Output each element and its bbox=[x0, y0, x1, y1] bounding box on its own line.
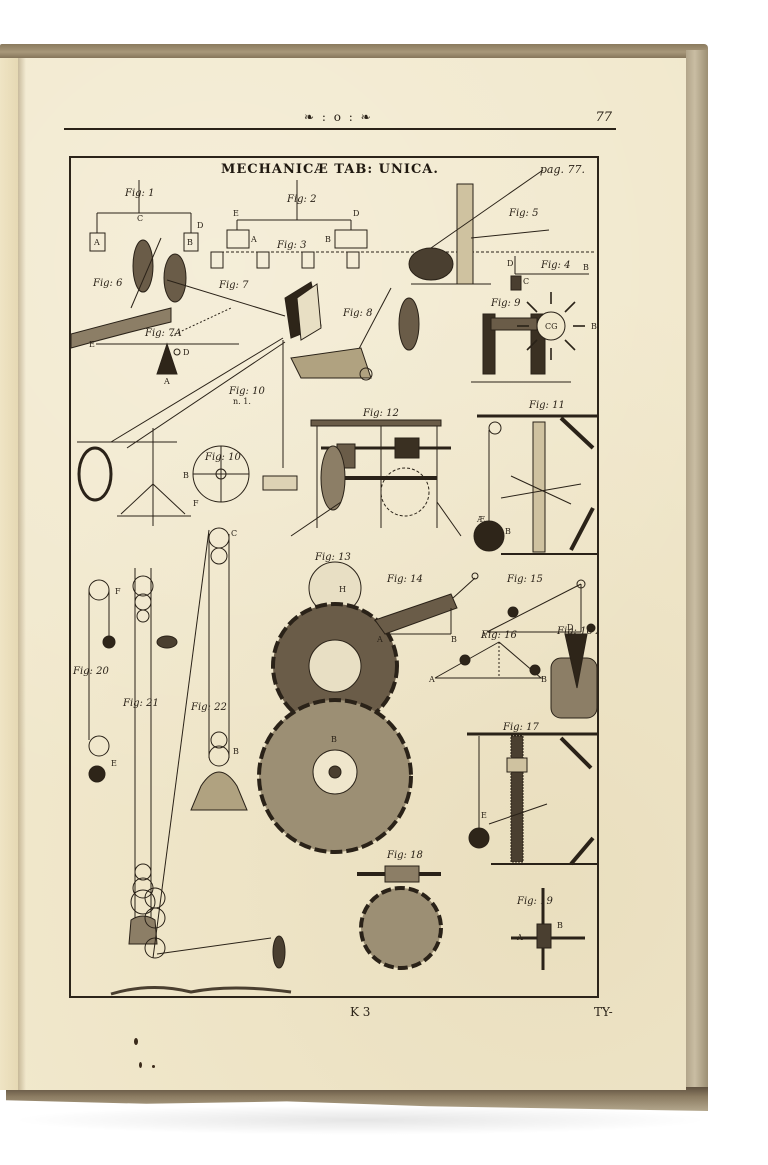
svg-text:B: B bbox=[451, 635, 457, 644]
page-gutter bbox=[18, 58, 26, 1090]
svg-text:CG: CG bbox=[545, 322, 558, 331]
fig19-screw-detail: Fig: 19 AB bbox=[511, 888, 585, 970]
svg-text:Fig: 8: Fig: 8 bbox=[342, 308, 372, 319]
fig11-capstan: Fig: 11 ÆB bbox=[474, 400, 597, 554]
svg-text:Fig: 11: Fig: 11 bbox=[528, 400, 565, 411]
svg-text:Fig: 7A: Fig: 7A bbox=[144, 328, 182, 339]
svg-text:B: B bbox=[557, 921, 563, 930]
svg-text:B: B bbox=[325, 235, 331, 244]
fig10-crane: Fig: 10 n. 1. bbox=[77, 338, 297, 526]
svg-text:Fig: 13: Fig: 13 bbox=[314, 552, 351, 563]
fig20-pulleys: Fig: 20 FE bbox=[72, 580, 121, 782]
fig10-wheel-axle: Fig: 10 BF bbox=[183, 446, 249, 508]
fig14-inclined-plane: Fig: 14 AB bbox=[375, 573, 478, 644]
head-ornament: ❧ : o : ❧ bbox=[304, 110, 373, 124]
svg-text:B: B bbox=[183, 471, 189, 480]
svg-text:Fig: 16 A: Fig: 16 A bbox=[556, 626, 597, 637]
cover-fore-edge bbox=[686, 50, 708, 1110]
svg-text:E: E bbox=[89, 340, 95, 349]
svg-text:F: F bbox=[115, 587, 121, 596]
svg-text:Fig: 1: Fig: 1 bbox=[124, 188, 154, 199]
svg-text:D: D bbox=[353, 209, 359, 218]
svg-text:A: A bbox=[428, 675, 435, 684]
head-rule bbox=[64, 128, 616, 130]
svg-text:H: H bbox=[339, 585, 346, 594]
svg-text:Fig: 15: Fig: 15 bbox=[506, 574, 543, 585]
svg-text:B: B bbox=[505, 527, 511, 536]
ink-spot bbox=[134, 1038, 138, 1045]
svg-text:Æ: Æ bbox=[476, 515, 485, 524]
svg-text:E: E bbox=[111, 759, 117, 768]
svg-text:D: D bbox=[183, 348, 189, 357]
fig21-pulley-block: Fig: 21 bbox=[122, 568, 177, 944]
catchword: TY- bbox=[594, 1005, 613, 1019]
ink-spot bbox=[139, 1062, 142, 1068]
svg-text:F: F bbox=[193, 499, 199, 508]
fig2-balance: Fig: 2 Fig: 3 ED AB bbox=[211, 180, 596, 268]
svg-text:Fig: 2: Fig: 2 bbox=[286, 194, 316, 205]
svg-text:Fig: 16: Fig: 16 bbox=[480, 630, 517, 641]
plate-illustrations: Fig: 1 AB CD Fig: 2 Fig: 3 ED AB bbox=[71, 158, 597, 996]
svg-text:E: E bbox=[481, 811, 487, 820]
svg-text:B: B bbox=[583, 263, 589, 272]
fig16-double-plane: Fig: 16 AB bbox=[428, 630, 547, 684]
svg-text:D: D bbox=[507, 259, 513, 268]
fig17-screw-press: Fig: 17 E bbox=[467, 722, 597, 864]
svg-text:Fig: 4: Fig: 4 bbox=[540, 260, 570, 271]
svg-text:A: A bbox=[163, 377, 170, 386]
fig13-gears: Fig: 13 HB bbox=[259, 552, 411, 852]
svg-text:Fig: 10: Fig: 10 bbox=[228, 386, 265, 397]
svg-text:Fig: 7: Fig: 7 bbox=[218, 280, 249, 291]
left-page-sliver bbox=[0, 58, 20, 1090]
svg-text:B: B bbox=[187, 238, 193, 247]
svg-text:A: A bbox=[376, 635, 383, 644]
fig4-bent-lever: Fig: 4 DC B bbox=[507, 256, 589, 290]
svg-text:A: A bbox=[93, 238, 100, 247]
fig16a-wedge: Fig: 16 A bbox=[551, 626, 597, 718]
svg-text:B: B bbox=[541, 675, 547, 684]
engraved-plate: MECHANICÆ TAB: UNICA. pag. 77. Fig: 1 AB… bbox=[69, 156, 599, 998]
svg-text:Fig: 12: Fig: 12 bbox=[362, 408, 399, 419]
svg-text:Fig: 10: Fig: 10 bbox=[204, 452, 241, 463]
svg-text:Fig: 6: Fig: 6 bbox=[92, 278, 123, 289]
svg-text:D: D bbox=[197, 221, 203, 230]
page-number: 77 bbox=[595, 110, 612, 125]
svg-text:B: B bbox=[591, 322, 597, 331]
ink-spot bbox=[152, 1065, 155, 1068]
svg-text:Fig: 14: Fig: 14 bbox=[386, 574, 423, 585]
svg-text:Fig: 22: Fig: 22 bbox=[190, 702, 227, 713]
running-head: ❧ : o : ❧ 77 bbox=[64, 108, 616, 132]
svg-text:C: C bbox=[137, 214, 143, 223]
signature-mark: K 3 bbox=[350, 1005, 370, 1019]
svg-text:Fig: 5: Fig: 5 bbox=[508, 208, 538, 219]
cover-bottom-edge bbox=[6, 1087, 708, 1111]
svg-text:Fig: 19: Fig: 19 bbox=[516, 896, 553, 907]
fig12-gear-frame: Fig: 12 bbox=[291, 408, 461, 536]
svg-text:Fig: 21: Fig: 21 bbox=[122, 698, 159, 709]
svg-text:Fig: 17: Fig: 17 bbox=[502, 722, 539, 733]
fig9-windlass: Fig: 9 CGB bbox=[471, 292, 597, 382]
fig5-post-lever: Fig: 5 bbox=[409, 170, 549, 284]
svg-text:B: B bbox=[331, 735, 337, 744]
svg-text:C: C bbox=[523, 277, 529, 286]
fig18-worm-gear: Fig: 18 bbox=[357, 850, 441, 968]
fig1-balance: Fig: 1 AB CD bbox=[90, 180, 203, 251]
svg-text:Fig: 20: Fig: 20 bbox=[72, 666, 109, 677]
svg-text:A: A bbox=[516, 933, 523, 942]
svg-text:n. 1.: n. 1. bbox=[233, 397, 251, 406]
svg-text:C: C bbox=[231, 529, 237, 538]
svg-text:E: E bbox=[233, 209, 239, 218]
svg-text:Fig: 9: Fig: 9 bbox=[490, 298, 521, 309]
fig7-block bbox=[285, 282, 321, 340]
svg-text:B: B bbox=[233, 747, 239, 756]
svg-text:A: A bbox=[250, 235, 257, 244]
svg-text:Fig: 3: Fig: 3 bbox=[276, 240, 306, 251]
svg-text:Fig: 18: Fig: 18 bbox=[386, 850, 423, 861]
